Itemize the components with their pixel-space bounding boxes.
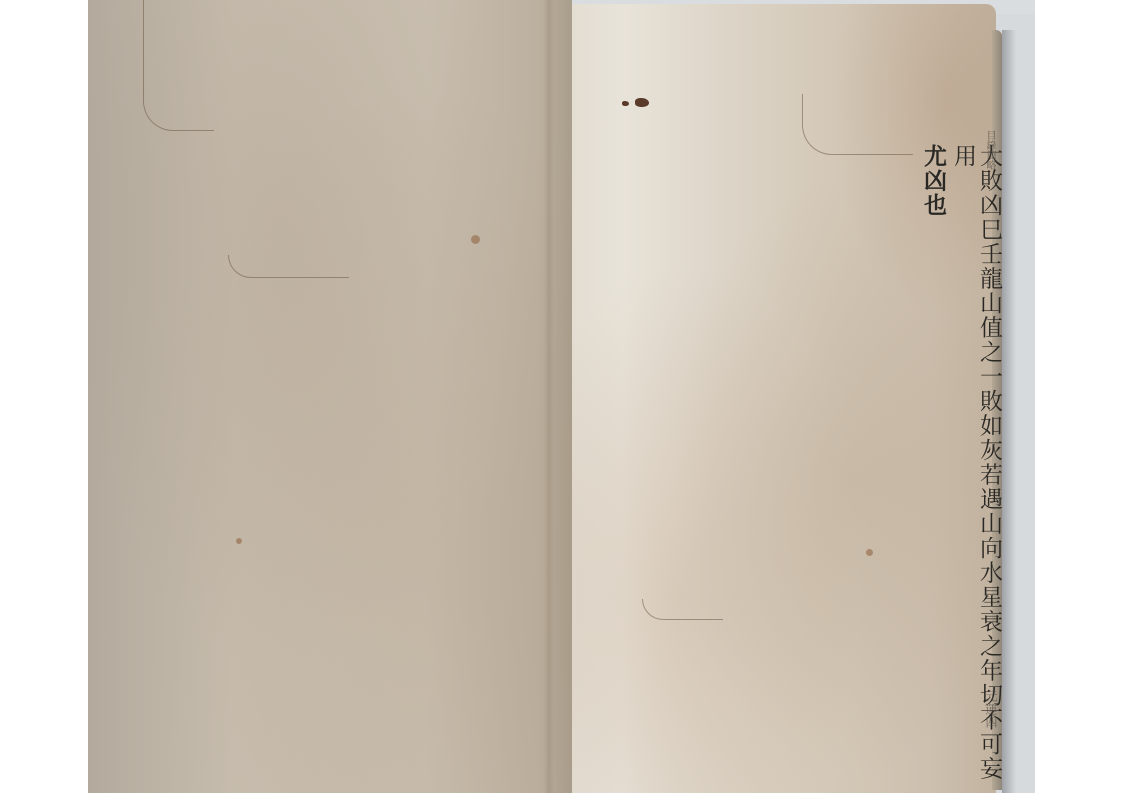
right-page <box>572 4 996 793</box>
stain-spot <box>866 549 873 556</box>
paper-tear <box>802 94 913 155</box>
margin-text-top: 目錄簡略 <box>983 130 995 170</box>
stain-spot <box>471 235 480 244</box>
stain-spot <box>236 538 242 544</box>
paper-tear <box>228 255 349 278</box>
worm-hole <box>635 98 649 107</box>
second-text-column: 尤凶也 <box>920 144 946 218</box>
book-photo: 大敗凶巳壬龍山值之一敗如灰若遇山向水星衰之年切不可妄用 尤凶也 目錄簡略 元運四 <box>88 0 1035 793</box>
paper-tear <box>642 599 723 620</box>
margin-text-bottom: 元運四 <box>984 690 997 729</box>
spine-fold <box>544 0 554 793</box>
page-shadow <box>1002 30 1016 793</box>
paper-tear <box>143 0 214 131</box>
left-page <box>88 0 572 793</box>
worm-hole <box>622 101 629 106</box>
